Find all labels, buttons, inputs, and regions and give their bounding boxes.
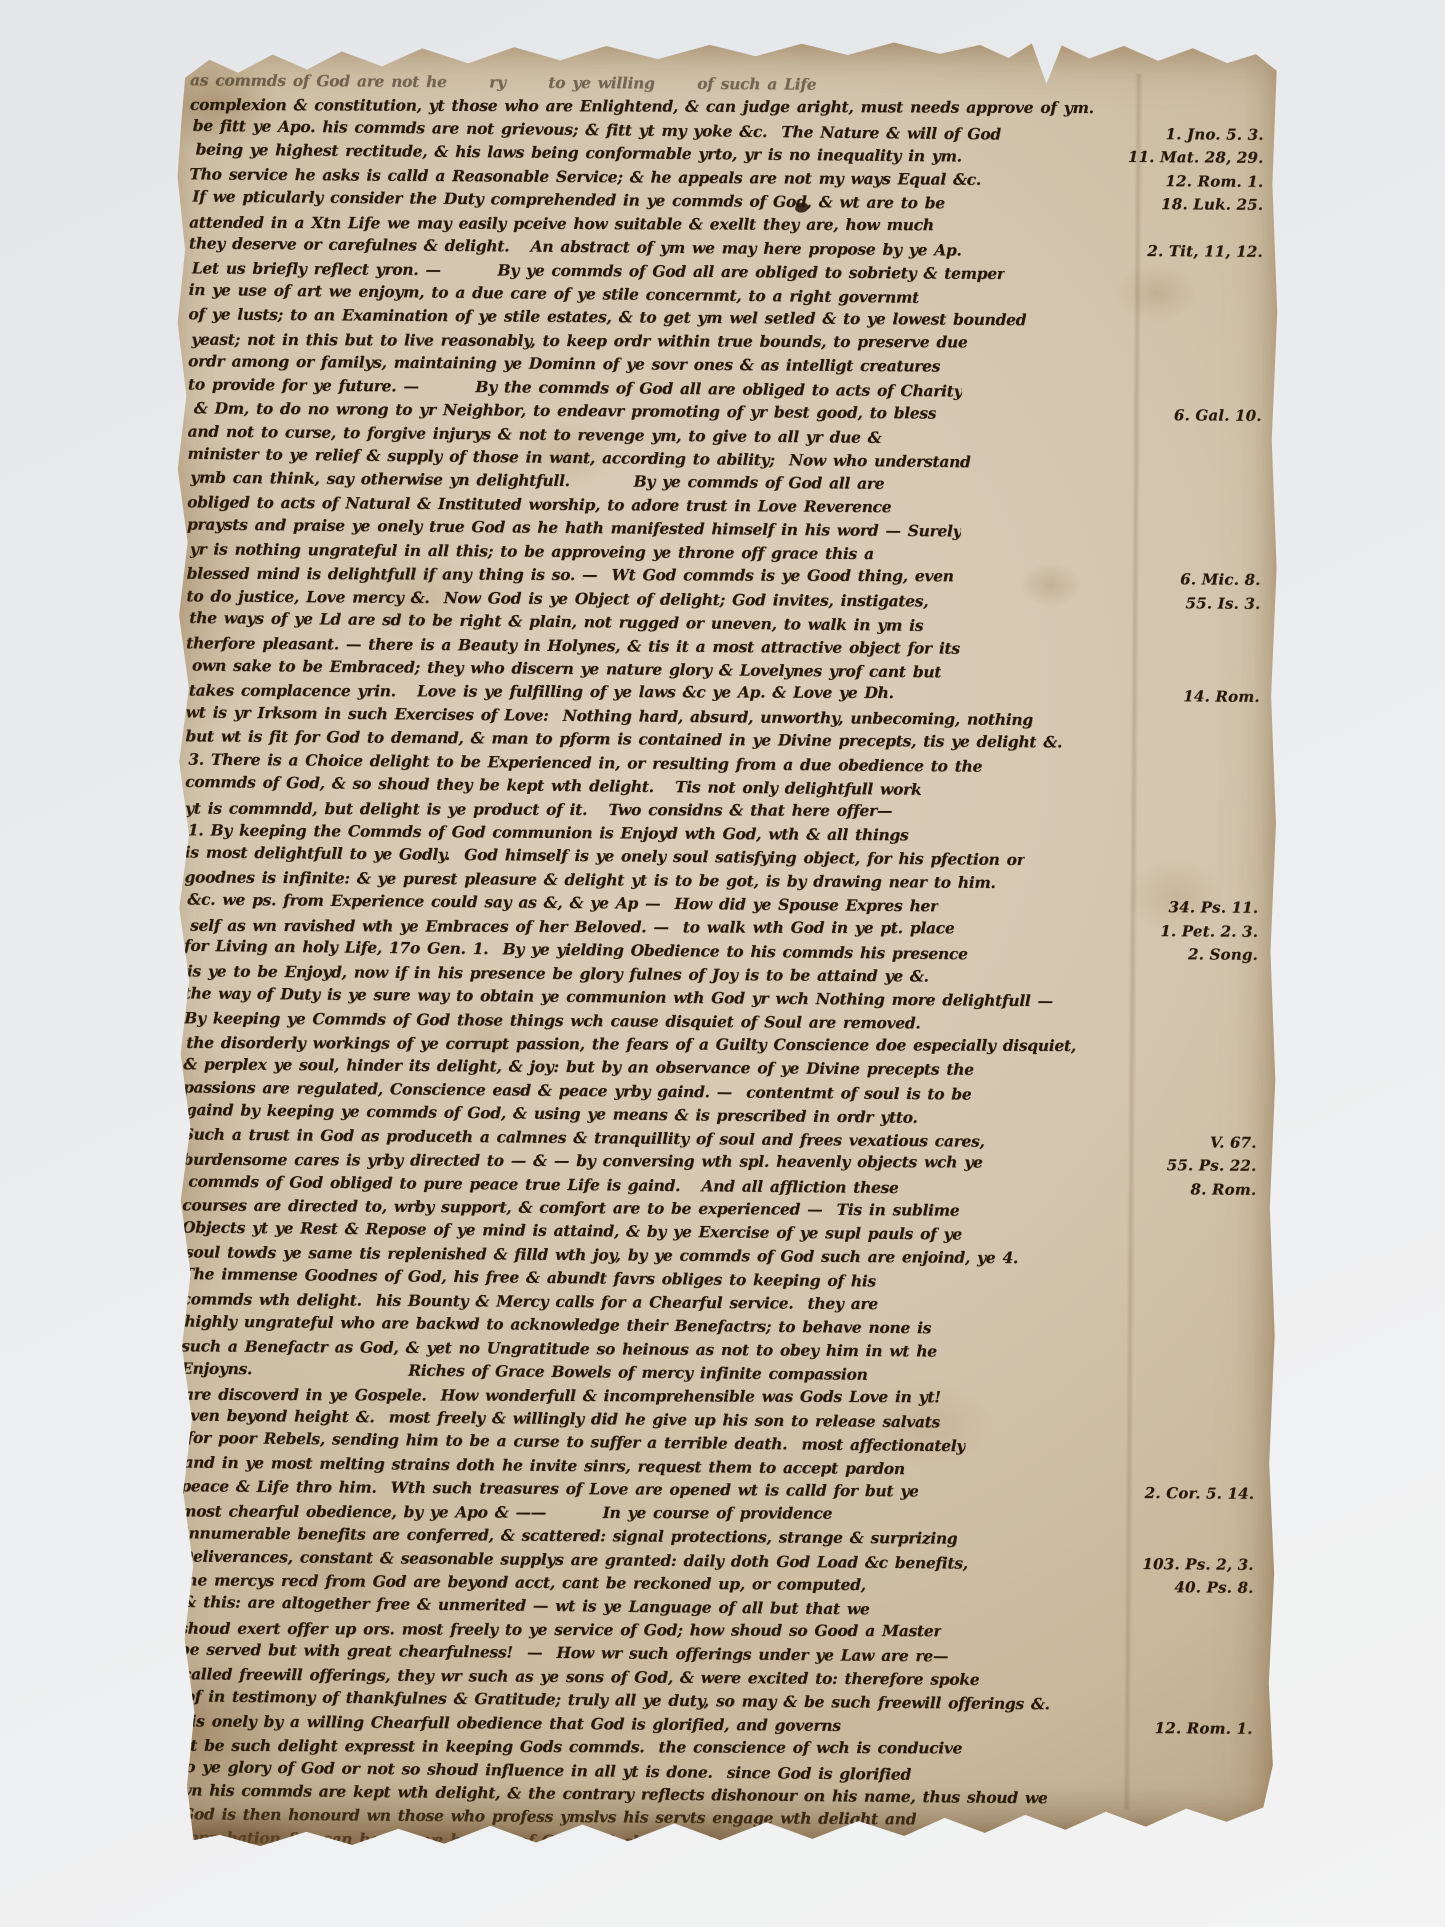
margin-scripture-ref: 55. Is. 3. xyxy=(1185,594,1260,613)
margin-scripture-ref: 2. Cor. 5. 14. xyxy=(1145,1484,1255,1503)
margin-scripture-ref: 18. Luk. 25. xyxy=(1161,195,1263,214)
line-text: complexion & constitution, yt those who … xyxy=(190,95,1094,117)
line-text: attended in a Xtn Life we may easily pce… xyxy=(189,212,934,234)
line-text: as commds of God are not he ry to ye wil… xyxy=(190,70,816,93)
line-text: to do justice, Love mercy &. Now God is … xyxy=(186,586,928,610)
margin-scripture-ref: 12. Rom. 1. xyxy=(1165,172,1263,191)
manuscript-paper: as commds of God are not he ry to ye wil… xyxy=(134,30,1297,1866)
photo-backdrop: as commds of God are not he ry to ye wil… xyxy=(0,0,1445,1927)
line-text: yt be such delight expresst in keeping G… xyxy=(181,1736,962,1758)
line-text: is ye to be Enjoyd, now if in his presen… xyxy=(187,961,929,985)
margin-scripture-ref: V. 67. xyxy=(1210,1133,1257,1151)
margin-scripture-ref: 1. Jno. 5. 3. xyxy=(1165,125,1263,144)
line-text: ordr among or familys, maintaining ye Do… xyxy=(188,352,940,376)
line-text: therfore pleasant. — there is a Beauty i… xyxy=(186,633,960,657)
margin-scripture-ref: 40. Ps. 8. xyxy=(1174,1578,1253,1597)
line-text: the disorderly workings of ye corrupt pa… xyxy=(186,1033,1076,1055)
margin-scripture-ref: 34. Ps. 11. xyxy=(1168,898,1258,917)
line-text: yt is commndd, but delight is ye product… xyxy=(185,798,892,819)
line-text: are discoverd in ye Gospele. How wonderf… xyxy=(184,1384,941,1406)
line-text: peace & Life thro him. Wth such treasure… xyxy=(180,1477,919,1501)
line-text: shoud exert offer up ors. most freely to… xyxy=(179,1618,941,1640)
line-text: self as wn ravished wth ye Embraces of h… xyxy=(190,915,954,937)
line-text: 1. By keeping the Commds of God communio… xyxy=(188,820,909,844)
line-text: approbation & can be to ye honour of God… xyxy=(178,1827,751,1851)
line-text: commds wth delight. his Bounty & Mercy c… xyxy=(181,1289,877,1313)
margin-scripture-ref: 2. Song. xyxy=(1188,945,1258,963)
line-text: blessed mind is delightfull if any thing… xyxy=(187,564,954,586)
margin-scripture-ref: 14. Rom. xyxy=(1183,688,1260,707)
line-text: innumerable benefits are conferred, & sc… xyxy=(183,1523,958,1547)
line-text: such a Benefactr as God, & yet no Ungrat… xyxy=(181,1336,937,1360)
manuscript-text: as commds of God are not he ry to ye wil… xyxy=(178,70,1264,1865)
margin-scripture-ref: 55. Ps. 22. xyxy=(1167,1156,1257,1175)
margin-scripture-ref: 11. Mat. 28, 29. xyxy=(1128,148,1264,167)
line-text: the mercys recd from God are beyond acct… xyxy=(180,1570,866,1594)
margin-scripture-ref: 6. Gal. 10. xyxy=(1174,406,1262,425)
text-line: approbation & can be to ye honour of God… xyxy=(178,1828,1252,1859)
line-text: courses are directed to, wrby support, &… xyxy=(182,1195,959,1219)
line-text: 2. By keeping ye Commds of God those thi… xyxy=(161,1008,920,1032)
line-text: takes complacence yrin. Love is ye fulfi… xyxy=(189,681,894,702)
line-text: yr is nothing ungrateful in all this; to… xyxy=(190,539,874,563)
margin-scripture-ref: 1. Pet. 2. 3. xyxy=(1160,922,1258,941)
margin-scripture-ref: 2. Tit, 11, 12. xyxy=(1147,242,1263,261)
line-text: yeast; not in this but to live reasonabl… xyxy=(191,329,967,351)
margin-scripture-ref: 8. Rom. xyxy=(1190,1180,1256,1198)
line-text: obliged to acts of Natural & Instituted … xyxy=(187,492,891,516)
line-text: & Dm, to do no wrong to yr Neighbor, to … xyxy=(194,398,937,422)
margin-scripture-ref: 103. Ps. 2, 3. xyxy=(1142,1555,1253,1574)
line-text: God is then honourd wn those who profess… xyxy=(181,1805,916,1829)
margin-scripture-ref: 6. Mic. 8. xyxy=(1180,570,1261,589)
line-text: burdensome cares is yrby directed to — &… xyxy=(182,1150,982,1172)
margin-scripture-ref: 12. Rom. 1. xyxy=(1155,1719,1253,1738)
line-text: most chearful obedience, by ye Apo & —— … xyxy=(180,1501,832,1522)
line-text: 5. Tis onely by a willing Chearfull obed… xyxy=(157,1711,841,1735)
